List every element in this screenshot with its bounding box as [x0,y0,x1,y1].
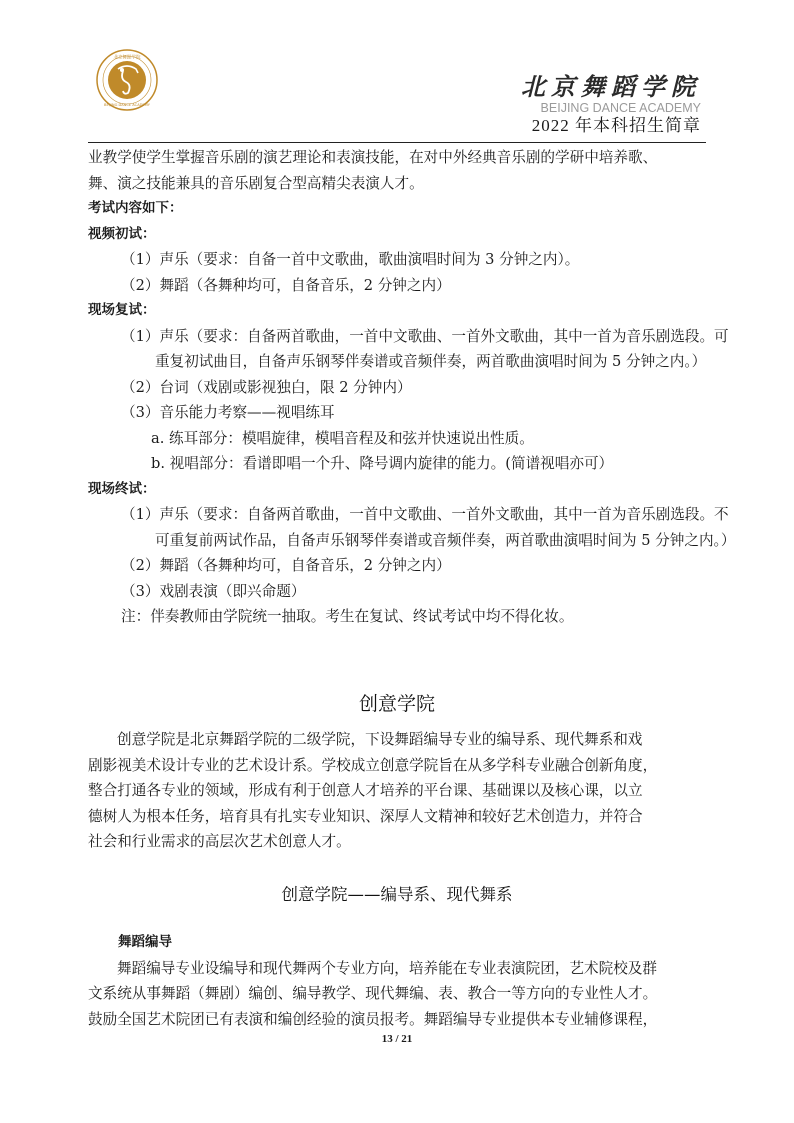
note: 注：伴奏教师由学院统一抽取。考生在复试、终试考试中均不得化妆。 [88,604,708,630]
list-item: （1）声乐（要求：自备两首歌曲，一首中文歌曲、一首外文歌曲，其中一首为音乐剧选段… [88,502,708,528]
paragraph-line: 整合打通各专业的领域，形成有利于创意人才培养的平台课、基础课以及核心课，以立 [88,778,708,804]
document-page: 北京舞蹈学院 BEIJING DANCE ACADEMY 北京舞蹈学院 BEIJ… [0,0,794,1123]
paragraph-line: 鼓励全国艺术院团已有表演和编创经验的演员报考。舞蹈编导专业提供本专业辅修课程， [88,1007,708,1033]
paragraph-line: 文系统从事舞蹈（舞剧）编创、编导教学、现代舞编、表、教合一等方向的专业性人才。 [88,981,708,1007]
intro-line: 舞、演之技能兼具的音乐剧复合型高精尖表演人才。 [88,171,708,197]
exam-heading: 考试内容如下： [88,196,708,222]
video-prelim-heading: 视频初试： [88,222,708,248]
paragraph-line: 德树人为根本任务，培育具有扎实专业知识、深厚人文精神和较好艺术创造力，并符合 [88,804,708,830]
list-item: （3）音乐能力考察——视唱练耳 [88,400,708,426]
page-number: 13 / 21 [0,1033,794,1045]
brand-chinese-name: 北京舞蹈学院 [521,74,701,100]
paragraph-line: 剧影视美术设计专业的艺术设计系。学校成立创意学院旨在从多学科专业融合创新角度， [88,753,708,779]
section-title-creative-college: 创意学院 [0,689,794,716]
paragraph-line: 创意学院是北京舞蹈学院的二级学院，下设舞蹈编导专业的编导系、现代舞系和戏 [88,727,708,753]
academy-logo-icon: 北京舞蹈学院 BEIJING DANCE ACADEMY [96,49,158,111]
list-item-continuation: 重复初试曲目，自备声乐钢琴伴奏谱或音频伴奏，两首歌曲演唱时间为 5 分钟之内。） [88,349,708,375]
svg-text:北京舞蹈学院: 北京舞蹈学院 [114,54,141,61]
choreography-section: 舞蹈编导 舞蹈编导专业设编导和现代舞两个专业方向，培养能在专业表演院团，艺术院校… [88,930,708,1032]
list-item: （2）舞蹈（各舞种均可，自备音乐，2 分钟之内） [88,273,708,299]
section-title-choreography: 创意学院——编导系、现代舞系 [0,881,794,905]
svg-text:BEIJING DANCE ACADEMY: BEIJING DANCE ACADEMY [104,103,151,107]
list-item: （2）舞蹈（各舞种均可，自备音乐，2 分钟之内） [88,553,708,579]
sub-list-item: a. 练耳部分：模唱旋律，模唱音程及和弦并快速说出性质。 [88,426,708,452]
header-divider [88,142,706,143]
brand-english-name: BEIJING DANCE ACADEMY [521,101,701,115]
onsite-retest-heading: 现场复试： [88,298,708,324]
list-item: （1）声乐（要求：自备两首歌曲，一首中文歌曲、一首外文歌曲，其中一首为音乐剧选段… [88,324,708,350]
list-item: （1）声乐（要求：自备一首中文歌曲，歌曲演唱时间为 3 分钟之内）。 [88,247,708,273]
intro-line: 业教学使学生掌握音乐剧的演艺理论和表演技能，在对中外经典音乐剧的学研中培养歌、 [88,145,708,171]
major-heading: 舞蹈编导 [88,930,708,956]
brand-block: 北京舞蹈学院 BEIJING DANCE ACADEMY 2022 年本科招生简… [521,74,701,136]
sub-list-item: b. 视唱部分：看谱即唱一个升、降号调内旋律的能力。(简谱视唱亦可） [88,451,708,477]
creative-college-paragraph: 创意学院是北京舞蹈学院的二级学院，下设舞蹈编导专业的编导系、现代舞系和戏 剧影视… [88,727,708,855]
list-item: （2）台词（戏剧或影视独白，限 2 分钟内） [88,375,708,401]
document-title: 2022 年本科招生简章 [521,116,701,136]
list-item: （3）戏剧表演（即兴命题） [88,579,708,605]
exam-content-section: 业教学使学生掌握音乐剧的演艺理论和表演技能，在对中外经典音乐剧的学研中培养歌、 … [88,145,708,630]
onsite-final-heading: 现场终试： [88,477,708,503]
paragraph-line: 舞蹈编导专业设编导和现代舞两个专业方向，培养能在专业表演院团，艺术院校及群 [88,956,708,982]
paragraph-line: 社会和行业需求的高层次艺术创意人才。 [88,829,708,855]
list-item-continuation: 可重复前两试作品，自备声乐钢琴伴奏谱或音频伴奏，两首歌曲演唱时间为 5 分钟之内… [88,528,708,554]
